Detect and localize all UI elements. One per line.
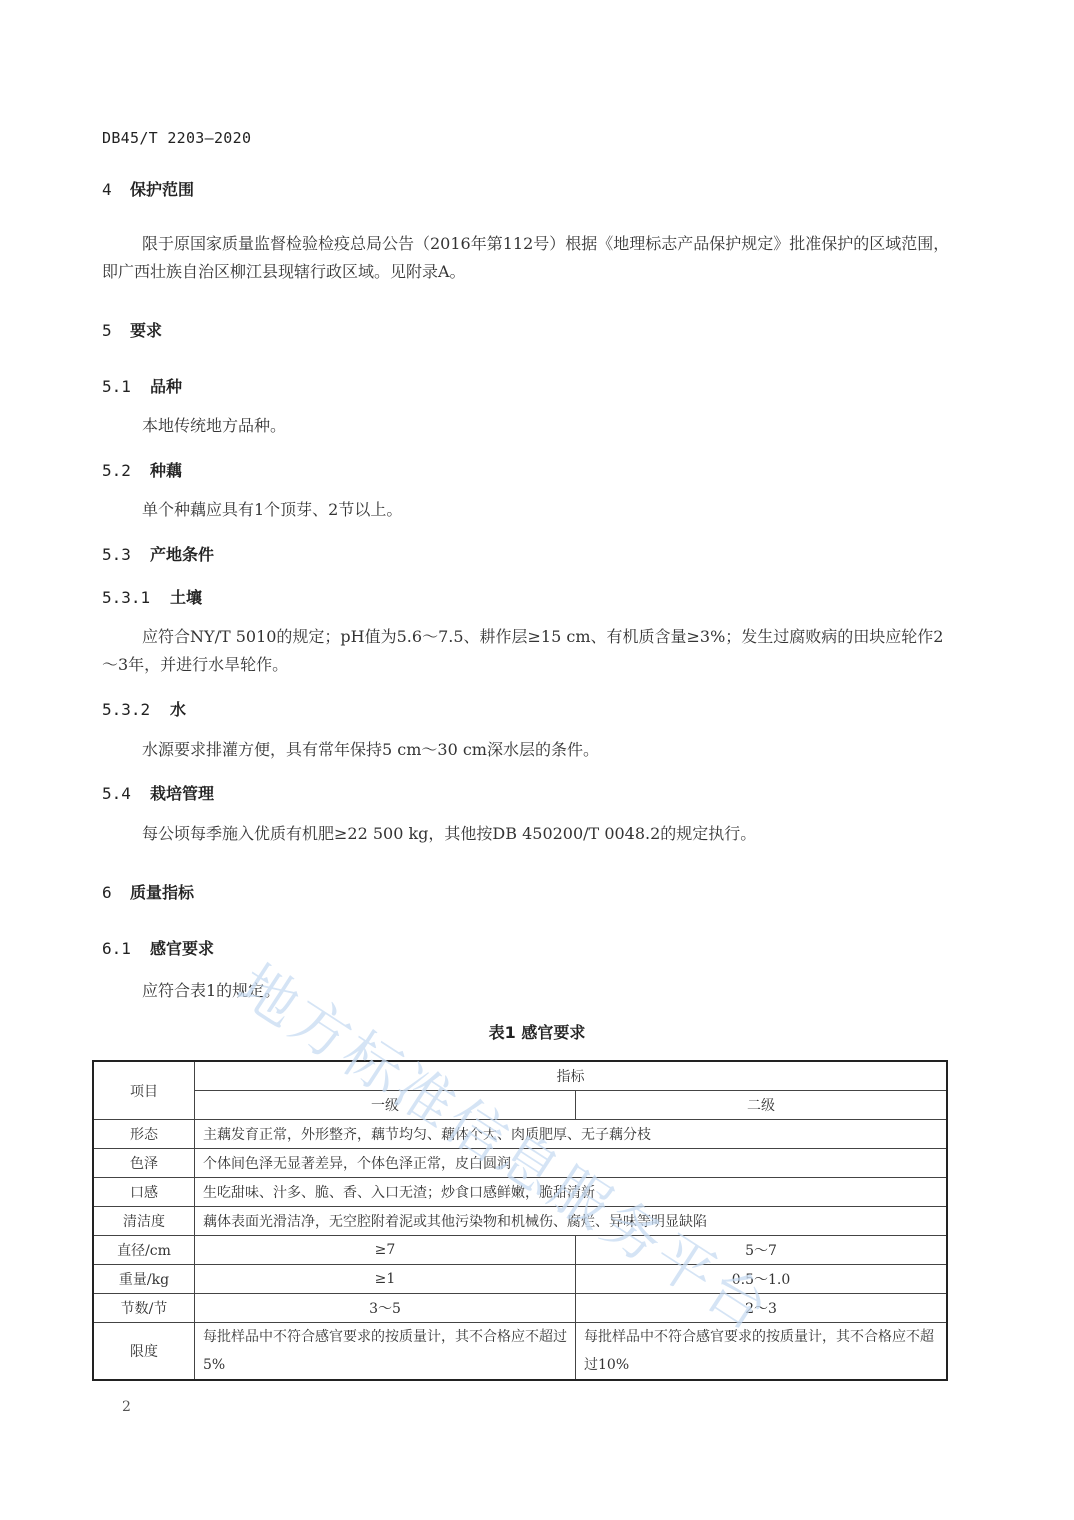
heading-title: 感官要求 <box>150 939 214 958</box>
heading-title: 要求 <box>130 321 162 340</box>
heading-title: 质量指标 <box>130 883 194 902</box>
heading-title: 种藕 <box>150 461 182 480</box>
heading-title: 保护范围 <box>130 180 194 199</box>
paragraph-water: 水源要求排灌方便，具有常年保持5 cm～30 cm深水层的条件。 <box>102 736 952 764</box>
heading-5-1: 5.1品种 <box>102 374 182 397</box>
page-number: 2 <box>122 1399 131 1415</box>
heading-5-3-1: 5.3.1土壤 <box>102 585 202 608</box>
heading-number: 5.1 <box>102 377 150 396</box>
heading-6: 6质量指标 <box>102 880 194 903</box>
heading-number: 5.4 <box>102 784 150 803</box>
table-header-row: 项目 指标 <box>93 1061 947 1091</box>
paragraph-protection-scope: 限于原国家质量监督检验检疫总局公告（2016年第112号）根据《地理标志产品保护… <box>102 230 952 286</box>
heading-number: 4 <box>102 180 130 199</box>
paragraph-variety: 本地传统地方品种。 <box>102 412 952 440</box>
heading-number: 5.3 <box>102 545 150 564</box>
heading-title: 栽培管理 <box>150 784 214 803</box>
heading-number: 5.3.1 <box>102 588 170 607</box>
paragraph-soil: 应符合NY/T 5010的规定；pH值为5.6～7.5、耕作层≥15 cm、有机… <box>102 623 952 679</box>
heading-5-3-2: 5.3.2水 <box>102 697 186 720</box>
heading-number: 6.1 <box>102 939 150 958</box>
paragraph-sensory-ref: 应符合表1的规定。 <box>102 977 952 1005</box>
table-row: 口感 生吃甜味、汁多、脆、香、入口无渣；炒食口感鲜嫩，脆甜清新 <box>93 1178 947 1207</box>
header-item: 项目 <box>93 1061 195 1120</box>
paragraph-cultivation: 每公顷每季施入优质有机肥≥22 500 kg，其他按DB 450200/T 00… <box>102 820 952 848</box>
heading-5-4: 5.4栽培管理 <box>102 781 214 804</box>
table-row: 色泽 个体间色泽无显著差异，个体色泽正常，皮白圆润 <box>93 1149 947 1178</box>
heading-title: 产地条件 <box>150 545 214 564</box>
heading-5-2: 5.2种藕 <box>102 458 182 481</box>
heading-4: 4保护范围 <box>102 177 194 200</box>
document-code: DB45/T 2203—2020 <box>102 129 251 147</box>
table-row: 重量/kg ≥1 0.5～1.0 <box>93 1265 947 1294</box>
heading-title: 品种 <box>150 377 182 396</box>
table-row: 清洁度 藕体表面光滑洁净，无空腔附着泥或其他污染物和机械伤、腐烂、异味等明显缺陷 <box>93 1207 947 1236</box>
table-caption: 表1 感官要求 <box>0 1020 1074 1043</box>
heading-title: 水 <box>170 700 186 719</box>
heading-5: 5要求 <box>102 318 162 341</box>
heading-number: 5.2 <box>102 461 150 480</box>
table-row: 直径/cm ≥7 5～7 <box>93 1236 947 1265</box>
heading-title: 土壤 <box>170 588 202 607</box>
table-row-limit: 限度 每批样品中不符合感官要求的按质量计，其不合格应不超过5% 每批样品中不符合… <box>93 1323 947 1381</box>
heading-5-3: 5.3产地条件 <box>102 542 214 565</box>
heading-number: 5.3.2 <box>102 700 170 719</box>
document-page: DB45/T 2203—2020 4保护范围 限于原国家质量监督检验检疫总局公告… <box>0 0 1074 1520</box>
table-row: 节数/节 3～5 2～3 <box>93 1294 947 1323</box>
heading-6-1: 6.1感官要求 <box>102 936 214 959</box>
header-grade2: 二级 <box>576 1091 948 1120</box>
table-subheader-row: 一级 二级 <box>93 1091 947 1120</box>
paragraph-seed-lotus: 单个种藕应具有1个顶芽、2节以上。 <box>102 496 952 524</box>
header-grade1: 一级 <box>195 1091 576 1120</box>
table-row: 形态 主藕发育正常，外形整齐，藕节均匀、藕体个大、肉质肥厚、无子藕分枝 <box>93 1120 947 1149</box>
heading-number: 5 <box>102 321 130 340</box>
sensory-requirements-table: 项目 指标 一级 二级 形态 主藕发育正常，外形整齐，藕节均匀、藕体个大、肉质肥… <box>92 1060 948 1381</box>
header-indicator: 指标 <box>195 1061 948 1091</box>
heading-number: 6 <box>102 883 130 902</box>
